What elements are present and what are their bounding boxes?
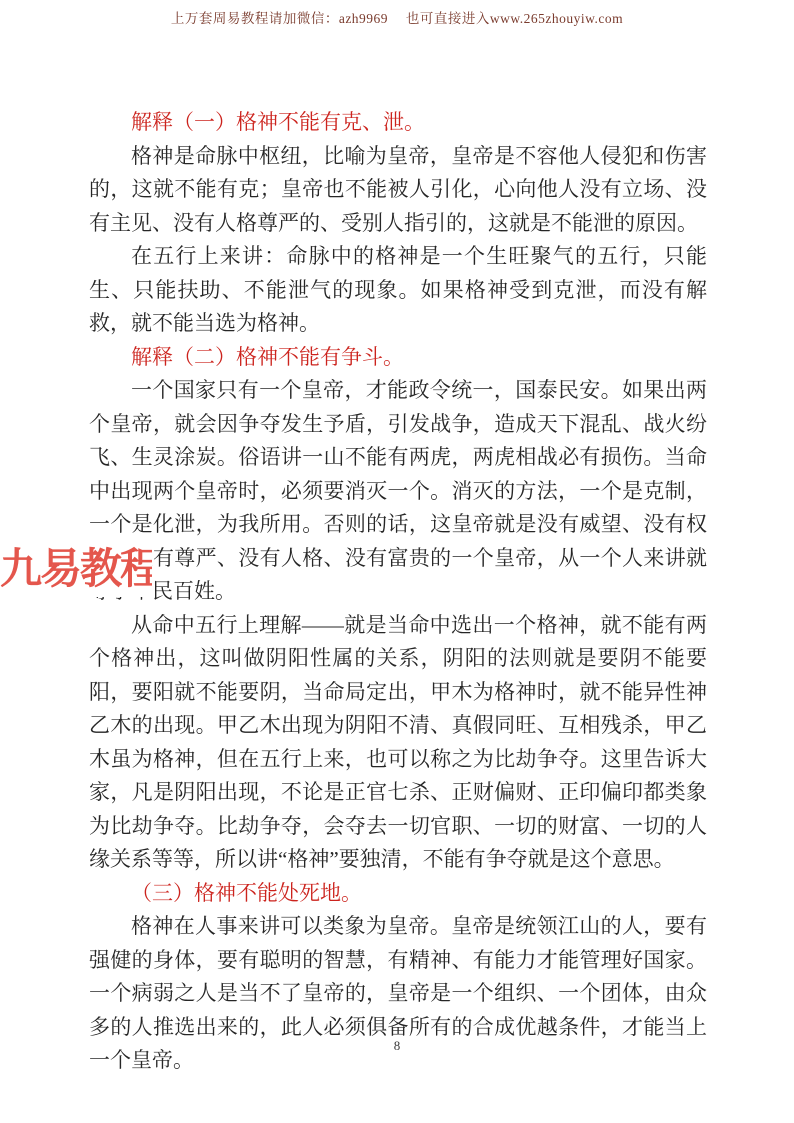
paragraph-3: 一个国家只有一个皇帝，才能政令统一，国泰民安。如果出两个皇帝，就会因争夺发生予盾…: [89, 374, 707, 609]
section-heading-1: 解释（一）格神不能有克、泄。: [89, 106, 707, 140]
document-body: 解释（一）格神不能有克、泄。 格神是命脉中枢纽，比喻为皇帝，皇帝是不容他人侵犯和…: [89, 106, 707, 1078]
section-heading-3: （三）格神不能处死地。: [89, 877, 707, 911]
section-heading-2: 解释（二）格神不能有争斗。: [89, 341, 707, 375]
page-number: 8: [0, 1038, 794, 1054]
paragraph-2: 在五行上来讲：命脉中的格神是一个生旺聚气的五行，只能生、只能扶助、不能泄气的现象…: [89, 240, 707, 341]
paragraph-1: 格神是命脉中枢纽，比喻为皇帝，皇帝是不容他人侵犯和伤害的，这就不能有克；皇帝也不…: [89, 140, 707, 241]
document-page: 上万套周易教程请加微信：azh9969 也可直接进入www.265zhouyiw…: [0, 0, 794, 1123]
header-promo-text: 上万套周易教程请加微信：azh9969 也可直接进入www.265zhouyiw…: [0, 7, 794, 27]
watermark-jiuyi-jiaocheng: 九易教程: [0, 541, 152, 597]
paragraph-4: 从命中五行上理解——就是当命中选出一个格神，就不能有两个格神出，这叫做阴阳性属的…: [89, 609, 707, 877]
